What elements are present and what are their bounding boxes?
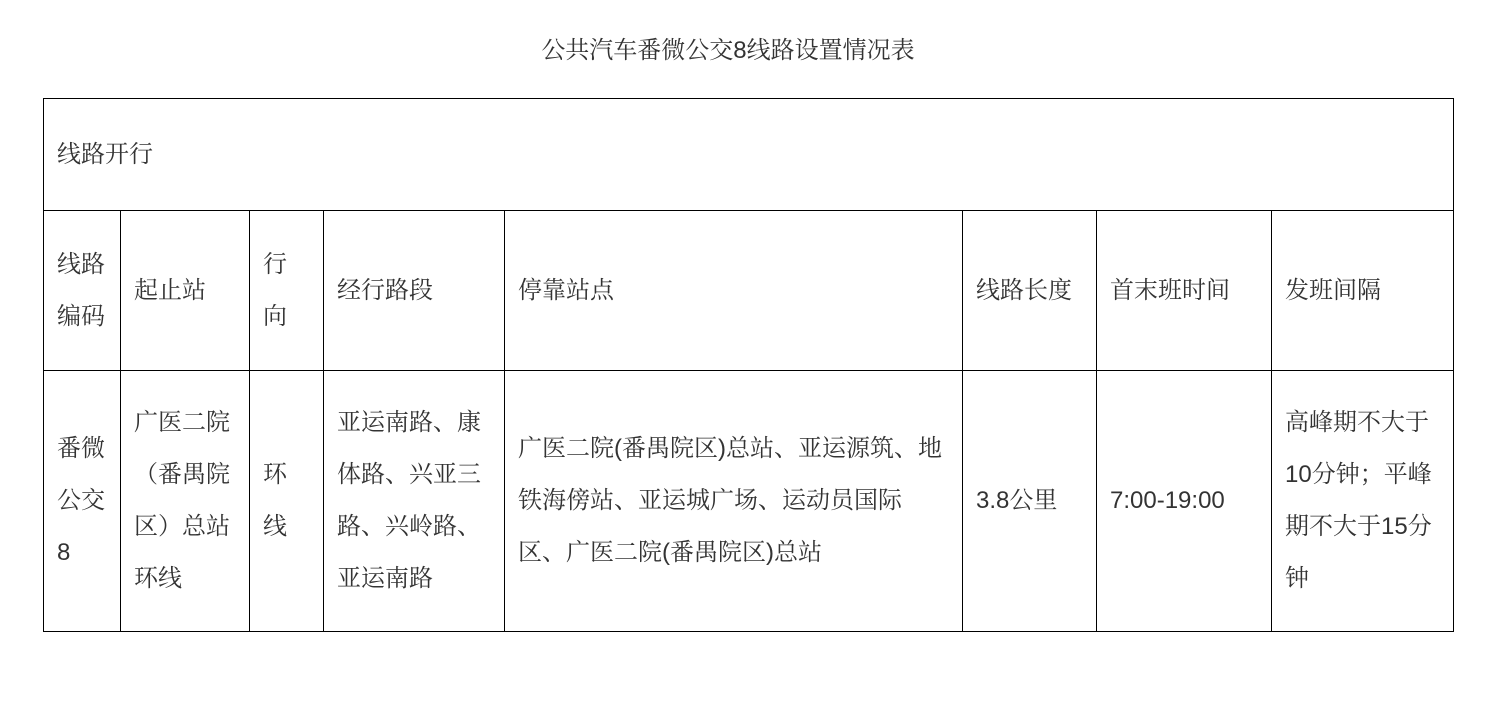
cell-route-sections: 亚运南路、康体路、兴亚三路、兴岭路、亚运南路 xyxy=(324,371,505,632)
cell-direction: 环线 xyxy=(250,371,324,632)
cell-headway: 高峰期不大于10分钟；平峰期不大于15分钟 xyxy=(1272,371,1454,632)
cell-termini: 广医二院（番禺院区）总站环线 xyxy=(121,371,250,632)
cell-line-length: 3.8公里 xyxy=(963,371,1097,632)
page-title: 公共汽车番微公交8线路设置情况表 xyxy=(0,0,1456,64)
table-row: 番微公交8 广医二院（番禺院区）总站环线 环线 亚运南路、康体路、兴亚三路、兴岭… xyxy=(44,371,1454,632)
col-header-line-code: 线路编码 xyxy=(44,211,121,371)
page: 公共汽车番微公交8线路设置情况表 线路开行 线路编码 起止站 行向 经行路段 停… xyxy=(0,0,1502,702)
section-header-cell: 线路开行 xyxy=(44,99,1454,211)
col-header-first-last-times: 首末班时间 xyxy=(1097,211,1272,371)
cell-first-last-times: 7:00-19:00 xyxy=(1097,371,1272,632)
col-header-headway: 发班间隔 xyxy=(1272,211,1454,371)
col-header-route-sections: 经行路段 xyxy=(324,211,505,371)
col-header-line-length: 线路长度 xyxy=(963,211,1097,371)
cell-stops: 广医二院(番禺院区)总站、亚运源筑、地铁海傍站、亚运城广场、运动员国际区、广医二… xyxy=(505,371,963,632)
table-section-row: 线路开行 xyxy=(44,99,1454,211)
col-header-termini: 起止站 xyxy=(121,211,250,371)
table-header-row: 线路编码 起止站 行向 经行路段 停靠站点 线路长度 首末班时间 发班间隔 xyxy=(44,211,1454,371)
col-header-stops: 停靠站点 xyxy=(505,211,963,371)
bus-route-table: 线路开行 线路编码 起止站 行向 经行路段 停靠站点 线路长度 首末班时间 发班… xyxy=(43,98,1454,632)
col-header-direction: 行向 xyxy=(250,211,324,371)
cell-line-code: 番微公交8 xyxy=(44,371,121,632)
